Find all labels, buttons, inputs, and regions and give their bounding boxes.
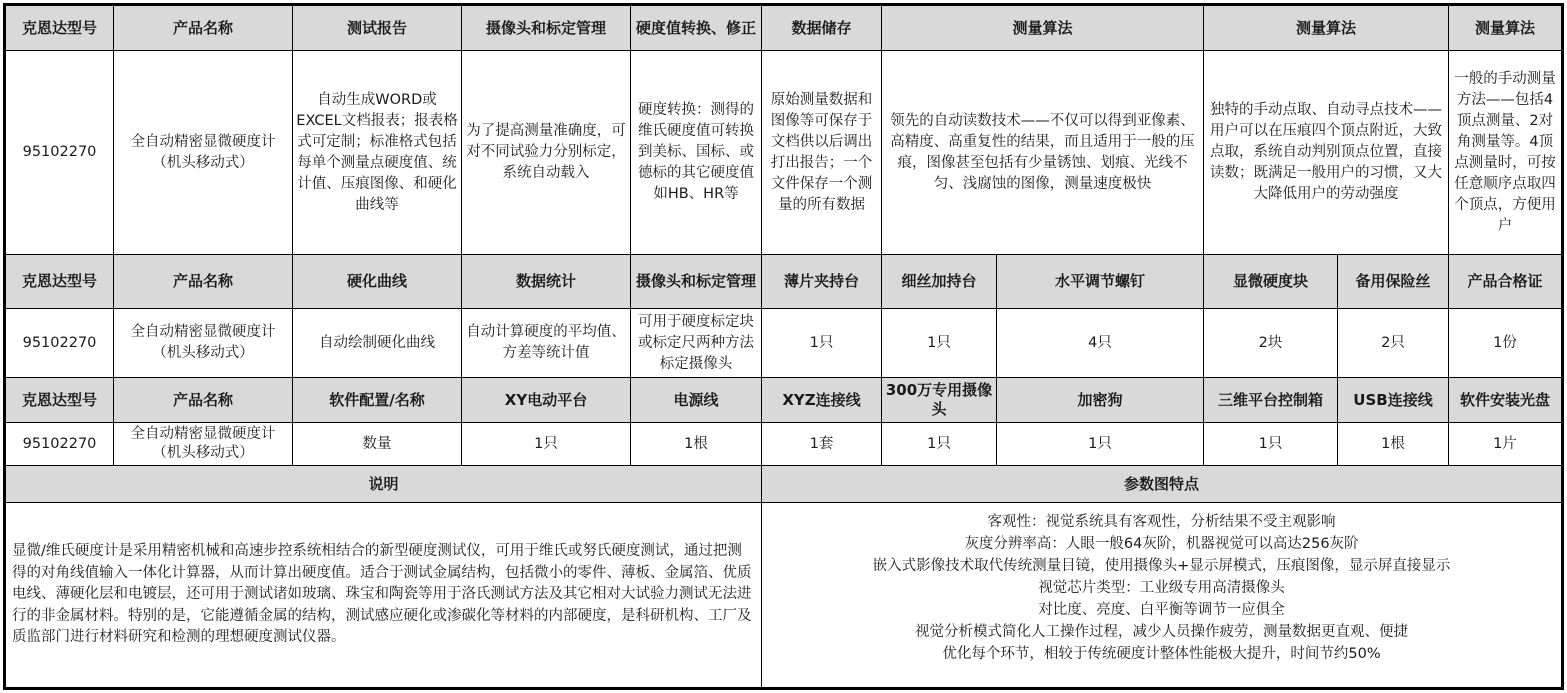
- header-hardness-conversion: 硬度值转换、修正: [631, 6, 762, 51]
- usb-cable-qty: 1根: [1338, 423, 1449, 466]
- model-number: 95102270: [6, 309, 114, 378]
- header-model: 克恩达型号: [6, 255, 114, 309]
- sheet-clamp-qty: 1只: [762, 309, 882, 378]
- header-3d-controller: 三维平台控制箱: [1204, 378, 1338, 423]
- header-hardening-curve: 硬化曲线: [293, 255, 462, 309]
- feature-item: 视觉分析模式简化人工操作过程，减少人员操作疲劳，测量数据更直观、便捷: [765, 621, 1558, 643]
- xy-stage-qty: 1只: [462, 423, 631, 466]
- description-text: 显微/维氏硬度计是采用精密机械和高速步控系统相结合的新型硬度测试仪，可用于维氏或…: [6, 503, 762, 687]
- header-data-statistics: 数据统计: [462, 255, 631, 309]
- header-camera-calibration: 摄像头和标定管理: [462, 6, 631, 51]
- header-leveling-screw: 水平调节螺钉: [997, 255, 1204, 309]
- algorithm-manual-desc: 一般的手动测量方法——包括4顶点测量、2对角测量等。4顶点测量时，可按任意顺序点…: [1449, 51, 1561, 255]
- data-statistics-desc: 自动计算硬度的平均值、方差等统计值: [462, 309, 631, 378]
- header-model: 克恩达型号: [6, 378, 114, 423]
- header-camera-calibration: 摄像头和标定管理: [631, 255, 762, 309]
- header-algorithm-auto: 测量算法: [882, 6, 1204, 51]
- header-product-name: 产品名称: [114, 378, 293, 423]
- feature-item: 灰度分辨率高：人眼一般64灰阶，机器视觉可以高达256灰阶: [765, 533, 1558, 555]
- header-model: 克恩达型号: [6, 6, 114, 51]
- feature-item: 嵌入式影像技术取代传统测量目镜，使用摄像头+显示屏模式，压痕图像，显示屏直接显示: [765, 555, 1558, 577]
- spare-fuse-qty: 2只: [1338, 309, 1449, 378]
- header-product-name: 产品名称: [114, 255, 293, 309]
- 3d-controller-qty: 1只: [1204, 423, 1338, 466]
- spec-table: 克恩达型号 产品名称 测试报告 摄像头和标定管理 硬度值转换、修正 数据储存 测…: [3, 3, 1564, 690]
- header-certificate: 产品合格证: [1449, 255, 1561, 309]
- camera-calibration-desc: 为了提高测量准确度，可对不同试验力分别标定，系统自动载入: [462, 51, 631, 255]
- data-storage-desc: 原始测量数据和图像等可保存于文档供以后调出打出报告；一个文件保存一个测量的所有数…: [762, 51, 882, 255]
- hardening-curve-desc: 自动绘制硬化曲线: [293, 309, 462, 378]
- algorithm-auto-desc: 领先的自动读数技术——不仅可以得到亚像素、高精度、高重复性的结果，而且适用于一般…: [882, 51, 1204, 255]
- header-dongle: 加密狗: [997, 378, 1204, 423]
- camera-calibration-desc: 可用于硬度标定块或标定尺两种方法标定摄像头: [631, 309, 762, 378]
- header-hardness-block: 显微硬度块: [1204, 255, 1338, 309]
- header-algorithm-manual: 测量算法: [1449, 6, 1561, 51]
- header-algorithm-semi: 测量算法: [1204, 6, 1449, 51]
- feature-item: 客观性：视觉系统具有客观性，分析结果不受主观影响: [765, 511, 1558, 533]
- features-title: 参数图特点: [762, 466, 1561, 503]
- header-data-storage: 数据储存: [762, 6, 882, 51]
- description-title: 说明: [6, 466, 762, 503]
- header-power-cord: 电源线: [631, 378, 762, 423]
- xyz-cable-qty: 1套: [762, 423, 882, 466]
- leveling-screw-qty: 4只: [997, 309, 1204, 378]
- header-xy-stage: XY电动平台: [462, 378, 631, 423]
- header-install-disc: 软件安装光盘: [1449, 378, 1561, 423]
- quantity-label: 数量: [293, 423, 462, 466]
- install-disc-qty: 1片: [1449, 423, 1561, 466]
- hardness-block-qty: 2块: [1204, 309, 1338, 378]
- hardness-conversion-desc: 硬度转换：测得的维氏硬度值可转换到美标、国标、或德标的其它硬度值如HB、HR等: [631, 51, 762, 255]
- certificate-qty: 1份: [1449, 309, 1561, 378]
- product-name: 全自动精密显微硬度计（机头移动式）: [114, 51, 293, 255]
- feature-item: 优化每个环节，相较于传统硬度计整体性能极大提升，时间节约50%: [765, 643, 1558, 665]
- test-report-desc: 自动生成WORD或EXCEL文档报表；报表格式可定制；标准格式包括每单个测量点硬…: [293, 51, 462, 255]
- header-usb-cable: USB连接线: [1338, 378, 1449, 423]
- header-wire-holder: 细丝加持台: [882, 255, 997, 309]
- power-cord-qty: 1根: [631, 423, 762, 466]
- header-camera-3mp: 300万专用摄像头: [882, 378, 997, 423]
- product-name: 全自动精密显微硬度计（机头移动式）: [114, 423, 293, 466]
- header-product-name: 产品名称: [114, 6, 293, 51]
- dongle-qty: 1只: [997, 423, 1204, 466]
- header-xyz-cable: XYZ连接线: [762, 378, 882, 423]
- header-spare-fuse: 备用保险丝: [1338, 255, 1449, 309]
- header-sheet-clamp: 薄片夹持台: [762, 255, 882, 309]
- product-name: 全自动精密显微硬度计（机头移动式）: [114, 309, 293, 378]
- model-number: 95102270: [6, 51, 114, 255]
- model-number: 95102270: [6, 423, 114, 466]
- header-test-report: 测试报告: [293, 6, 462, 51]
- wire-holder-qty: 1只: [882, 309, 997, 378]
- camera-3mp-qty: 1只: [882, 423, 997, 466]
- features-list: 客观性：视觉系统具有客观性，分析结果不受主观影响 灰度分辨率高：人眼一般64灰阶…: [762, 503, 1561, 687]
- header-software-config: 软件配置/名称: [293, 378, 462, 423]
- feature-item: 对比度、亮度、白平衡等调节一应俱全: [765, 599, 1558, 621]
- algorithm-semi-desc: 独特的手动点取、自动寻点技术——用户可以在压痕四个顶点附近，大致点取，系统自动判…: [1204, 51, 1449, 255]
- feature-item: 视觉芯片类型：工业级专用高清摄像头: [765, 577, 1558, 599]
